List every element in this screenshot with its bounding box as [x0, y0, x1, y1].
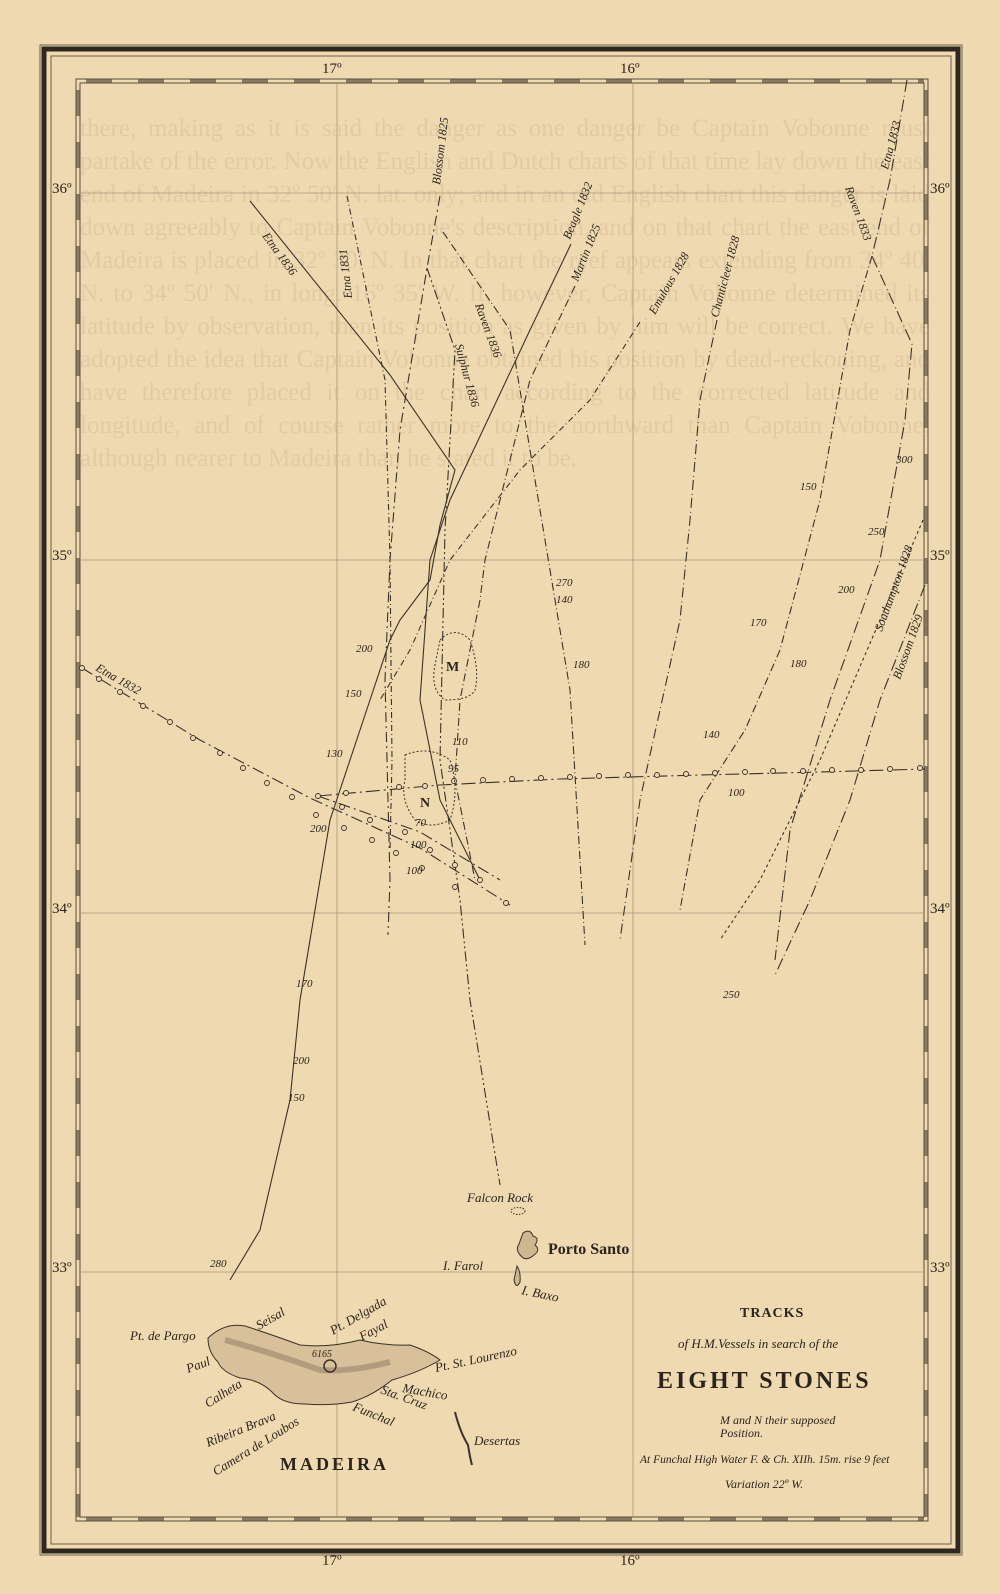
svg-text:Raven 1836: Raven 1836 — [472, 300, 505, 359]
svg-text:33º: 33º — [52, 1260, 72, 1276]
svg-text:150: 150 — [800, 481, 817, 493]
svg-text:Seisal: Seisal — [253, 1304, 288, 1333]
svg-text:270: 270 — [556, 577, 573, 589]
svg-text:170: 170 — [296, 978, 313, 990]
svg-text:110: 110 — [452, 736, 468, 748]
svg-text:Etna 1833: Etna 1833 — [877, 119, 904, 172]
svg-text:300: 300 — [895, 454, 913, 466]
svg-text:16º: 16º — [620, 61, 640, 77]
svg-text:Emulous 1828: Emulous 1828 — [645, 250, 692, 318]
svg-text:Etna 1836: Etna 1836 — [259, 229, 300, 278]
svg-text:16º: 16º — [620, 1553, 640, 1569]
svg-text:Pt. de Pargo: Pt. de Pargo — [129, 1328, 196, 1343]
svg-text:100: 100 — [410, 839, 427, 851]
svg-text:200: 200 — [310, 823, 327, 835]
svg-text:6165: 6165 — [312, 1349, 332, 1360]
svg-text:250: 250 — [868, 526, 885, 538]
svg-text:Funchal: Funchal — [350, 1398, 397, 1429]
svg-text:Pt. St. Lourenzo: Pt. St. Lourenzo — [433, 1343, 519, 1375]
title-eight-stones: EIGHT STONES — [657, 1368, 872, 1394]
track-etna-1836 — [230, 201, 455, 1280]
svg-text:Porto Santo: Porto Santo — [548, 1241, 629, 1258]
svg-text:Desertas: Desertas — [473, 1433, 520, 1448]
svg-text:I. Farol: I. Farol — [442, 1258, 483, 1273]
title-block: TRACKS of H.M.Vessels in search of the E… — [639, 1306, 890, 1491]
svg-text:Falcon Rock: Falcon Rock — [466, 1190, 533, 1205]
svg-text:95: 95 — [448, 763, 460, 775]
svg-text:I. Baxo: I. Baxo — [519, 1282, 560, 1305]
position-n: N — [420, 796, 430, 811]
svg-text:35º: 35º — [930, 548, 950, 564]
soundings: 200 150 130 200 110 95 70 100 100 270 14… — [210, 454, 913, 1270]
porto-santo-group: Falcon Rock Porto Santo I. Farol I. Baxo — [442, 1190, 629, 1305]
svg-text:Raven 1833: Raven 1833 — [842, 183, 875, 242]
svg-text:Sulphur 1836: Sulphur 1836 — [452, 342, 482, 408]
graticule — [80, 83, 924, 1517]
svg-text:150: 150 — [345, 688, 362, 700]
svg-text:Etna 1831: Etna 1831 — [336, 248, 355, 300]
svg-text:34º: 34º — [52, 901, 72, 917]
neatline — [76, 79, 928, 1521]
svg-text:17º: 17º — [322, 1553, 342, 1569]
svg-text:200: 200 — [293, 1055, 310, 1067]
title-tracks: TRACKS — [740, 1306, 804, 1321]
chart-map: 17º 16º 17º 16º 36º 35º 34º 33º 36º 35º … — [0, 0, 1000, 1594]
track-etna-1832 — [82, 668, 510, 905]
svg-text:280: 280 — [210, 1258, 227, 1270]
svg-text:34º: 34º — [930, 901, 950, 917]
track-raven-1833 — [680, 256, 872, 910]
svg-text:170: 170 — [750, 617, 767, 629]
title-note: M and N their supposed — [719, 1413, 836, 1427]
svg-text:70: 70 — [415, 817, 427, 829]
svg-text:33º: 33º — [930, 1260, 950, 1276]
svg-text:250: 250 — [723, 989, 740, 1001]
svg-text:180: 180 — [573, 659, 590, 671]
svg-text:200: 200 — [838, 584, 855, 596]
svg-text:MADEIRA: MADEIRA — [280, 1454, 389, 1474]
title-note-2: Position. — [719, 1426, 763, 1440]
svg-text:36º: 36º — [52, 181, 72, 197]
svg-text:Paul: Paul — [183, 1353, 213, 1376]
svg-text:140: 140 — [556, 594, 573, 606]
svg-text:36º: 36º — [930, 181, 950, 197]
svg-text:150: 150 — [288, 1092, 305, 1104]
svg-text:35º: 35º — [52, 548, 72, 564]
track-sulphur-1836 — [427, 268, 500, 1185]
position-m: M — [446, 660, 459, 675]
svg-text:100: 100 — [728, 787, 745, 799]
svg-text:200: 200 — [356, 643, 373, 655]
svg-text:130: 130 — [326, 748, 343, 760]
svg-text:180: 180 — [790, 658, 807, 670]
svg-text:Blossom 1829: Blossom 1829 — [890, 613, 926, 681]
track-emulous-1828 — [380, 322, 640, 700]
svg-text:Blossom 1825: Blossom 1825 — [429, 116, 451, 185]
tide-note: At Funchal High Water F. & Ch. XIIh. 15m… — [639, 1454, 890, 1466]
svg-text:100: 100 — [406, 865, 423, 877]
svg-text:140: 140 — [703, 729, 720, 741]
variation-note: Variation 22º W. — [725, 1477, 803, 1491]
svg-text:Southampton 1828: Southampton 1828 — [872, 543, 916, 633]
track-etna-1833 — [775, 80, 912, 960]
station-dots — [80, 666, 923, 906]
svg-text:Chanticleer 1828: Chanticleer 1828 — [707, 234, 742, 318]
track-labels: Etna 1836 Etna 1831 Blossom 1825 Sulphur… — [93, 116, 926, 697]
track-blossom-1825 — [385, 196, 440, 935]
ship-tracks — [82, 80, 925, 1280]
svg-text:17º: 17º — [322, 61, 342, 77]
track-chanticleer-1828 — [620, 320, 717, 940]
title-subtitle: of H.M.Vessels in search of the — [678, 1336, 838, 1351]
track-east-west — [318, 769, 925, 796]
svg-text:Calheta: Calheta — [202, 1376, 245, 1411]
